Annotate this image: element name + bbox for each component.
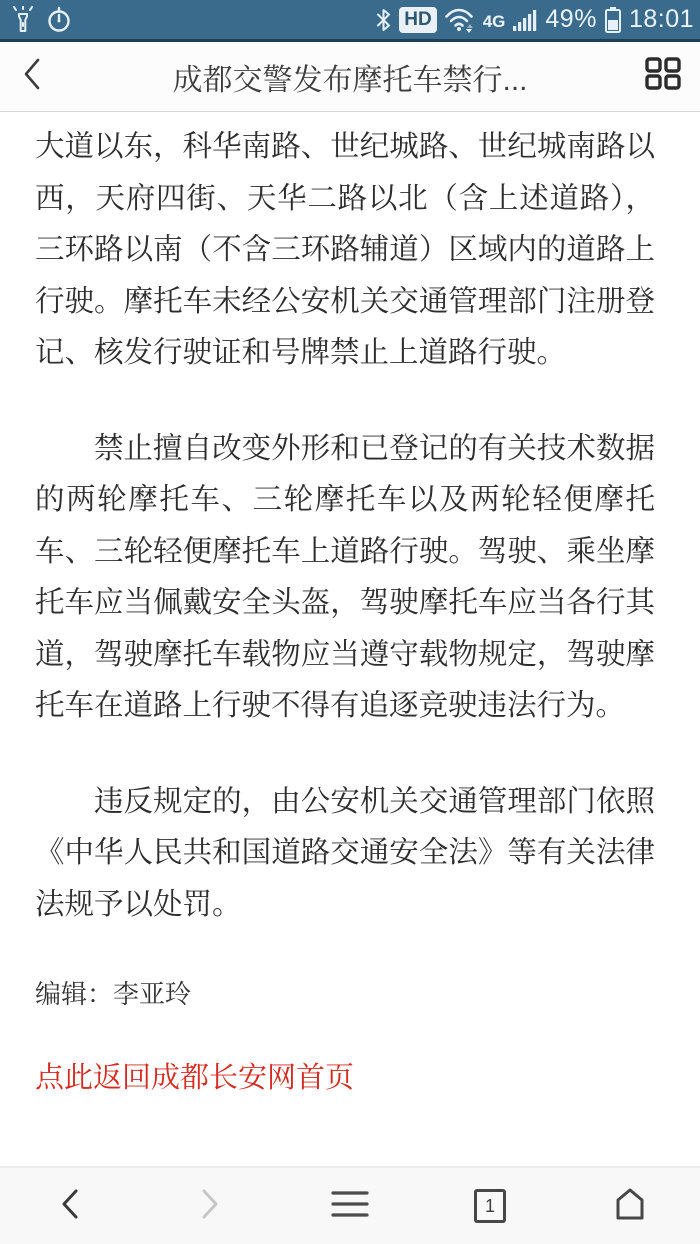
back-button[interactable] — [18, 52, 74, 101]
windows-button[interactable] — [626, 57, 682, 96]
nav-home-button[interactable] — [560, 1187, 700, 1226]
nav-back-button[interactable] — [0, 1187, 140, 1226]
grid-icon — [644, 57, 682, 96]
editor-credit: 编辑：李亚玲 — [35, 974, 655, 1011]
flashlight-icon — [12, 6, 34, 34]
nav-menu-button[interactable] — [280, 1189, 420, 1224]
article-paragraph: 大道以东，科华南路、世纪城路、世纪城南路以西，天府四街、天华二路以北（含上述道路… — [35, 121, 655, 379]
bluetooth-icon — [375, 7, 392, 33]
nav-tabs-button[interactable]: 1 — [420, 1189, 560, 1223]
browser-header: 成都交警发布摩托车禁行... — [0, 42, 700, 112]
phone-screen: HD 4G — [0, 0, 700, 1244]
chevron-right-icon — [197, 1187, 223, 1226]
return-home-link[interactable]: 点此返回成都长安网首页 — [35, 1055, 354, 1096]
network-type-label: 4G — [483, 12, 506, 32]
chevron-left-icon — [18, 52, 46, 101]
signal-icon — [512, 8, 538, 32]
battery-percent-label: 49% — [545, 5, 597, 34]
article-body: 大道以东，科华南路、世纪城路、世纪城南路以西，天府四街、天华二路以北（含上述道路… — [0, 112, 700, 1166]
chevron-left-icon — [57, 1187, 83, 1226]
article-paragraph: 违反规定的，由公安机关交通管理部门依照《中华人民共和国道路交通安全法》等有关法律… — [35, 776, 655, 931]
hamburger-menu-icon — [330, 1189, 370, 1224]
status-bar-right: HD 4G — [375, 5, 694, 34]
page-title: 成都交警发布摩托车禁行... — [74, 55, 626, 99]
bottom-nav-bar: 1 — [0, 1166, 700, 1244]
article-paragraph: 禁止擅自改变外形和已登记的有关技术数据的两轮摩托车、三轮摩托车以及两轮轻便摩托车… — [35, 423, 655, 732]
tab-count-label: 1 — [485, 1196, 495, 1217]
status-bar-left — [12, 6, 72, 34]
hd-badge: HD — [399, 7, 436, 33]
tab-counter-icon: 1 — [474, 1189, 506, 1223]
nav-forward-button[interactable] — [140, 1187, 280, 1226]
timer-icon — [46, 6, 72, 34]
wifi-icon — [444, 6, 476, 34]
clock-label: 18:01 — [629, 5, 694, 34]
battery-icon — [604, 6, 622, 34]
home-icon — [613, 1187, 647, 1226]
status-bar: HD 4G — [0, 0, 700, 42]
